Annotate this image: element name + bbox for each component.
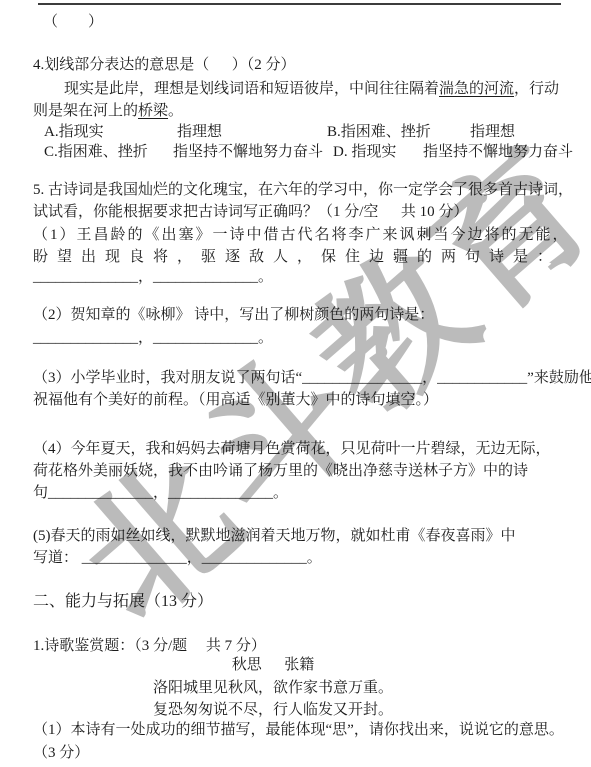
q5-item5-line1: (5)春天的雨如丝如线，默默地滋润着天地万物，就如杜甫《春夜喜雨》中: [33, 527, 516, 545]
q4-line1-post: ，行动: [514, 81, 559, 97]
q4-option-d-label: D. 指现实: [333, 143, 396, 161]
q5-item4-line2: 荷花格外美丽妖娆，我不由吟诵了杨万里的《晓出净慈寺送林子方》中的诗: [33, 462, 528, 480]
q5-item1-line1: （1）王昌龄的《出塞》一诗中借古代名将李广来讽刺当今边将的无能，: [33, 226, 570, 244]
section2-heading: 二、能力与拓展（13 分）: [33, 593, 213, 611]
answer-paren-blank: （ ）: [43, 13, 103, 31]
section2-q1-sub1-line2: （3 分）: [33, 744, 89, 762]
poem-title: 秋思 张籍: [0, 656, 546, 674]
q4-body-line1: 现实是此岸，理想是划线词语和短语彼岸，中间往往隔着湍急的河流，行动: [64, 80, 559, 98]
q5-intro-line2: 试试看，你能根据要求把古诗词写正确吗？（1 分/空 共 10 分）: [33, 203, 468, 221]
section2-q1-title: 1.诗歌鉴赏题：（3 分/题 共 7 分）: [33, 637, 266, 655]
q5-item3-line1: （3）小学毕业时，我对朋友说了两句话“________________，____…: [33, 369, 591, 387]
q5-intro-line1: 5. 古诗词是我国灿烂的文化瑰宝，在六年的学习中，你一定学会了很多首古诗词，: [33, 181, 573, 199]
q4-option-b-meaning: 指理想: [470, 123, 515, 141]
q5-item2-line1: （2）贺知章的《咏柳》 诗中，写出了柳树颜色的两句诗是：: [33, 306, 434, 324]
q5-item4-answer-blanks: 句______________，______________。: [33, 484, 288, 502]
q4-option-b-label: B.指困难、挫折: [327, 123, 431, 141]
q4-line2-underlined-phrase: 桥梁: [138, 103, 168, 119]
q4-option-a-meaning: 指理想: [177, 123, 222, 141]
q4-line1-underlined-phrase: 湍急的河流: [439, 81, 514, 97]
q4-option-d-meaning: 指坚持不懈地努力奋斗: [423, 143, 573, 161]
q4-option-c-meaning: 指坚持不懈地努力奋斗: [173, 143, 323, 161]
q4-title: 4.划线部分表达的意思是（ ）（2 分）: [33, 56, 296, 74]
q5-item4-line1: （4）今年夏天，我和妈妈去荷塘月色赏荷花，只见荷叶一片碧绿，无边无际，: [33, 440, 551, 458]
section2-q1-sub1-line1: （1）本诗有一处成功的细节描写，最能体现“思”，请你找出来，说说它的意思。: [33, 721, 564, 739]
q4-line2-pre: 则是架在河上的: [33, 103, 138, 119]
q4-line1-pre: 现实是此岸，理想是划线词语和短语彼岸，中间往往隔着: [64, 81, 439, 97]
poem-line1: 洛阳城里见秋风，欲作家书意万重。: [0, 679, 546, 697]
top-rule-line: [38, 3, 561, 5]
q5-item2-answer-blanks: ______________，______________。: [33, 329, 273, 347]
poem-line2: 复恐匆匆说不尽，行人临发又开封。: [0, 701, 546, 719]
q4-body-line2: 则是架在河上的桥梁。: [33, 102, 183, 120]
q4-line2-post: 。: [168, 103, 183, 119]
exam-paper-page: 北斗教育 （ ） 4.划线部分表达的意思是（ ）（2 分） 现实是此岸，理想是划…: [0, 0, 591, 767]
q5-item5-answer-blanks: 写道： ______________，______________。: [33, 549, 322, 567]
q4-option-a-label: A.指现实: [44, 123, 104, 141]
q4-option-c-label: C.指困难、挫折: [44, 143, 148, 161]
q5-item3-line2: 祝福他有个美好的前程。（用高适《别董大》中的诗句填空。）: [33, 391, 438, 409]
q5-item1-answer-blanks: ______________，______________。: [33, 268, 273, 286]
q5-item1-line2: 盼望出现良将，驱逐敌人，保住边疆的两句诗是：: [33, 248, 561, 266]
